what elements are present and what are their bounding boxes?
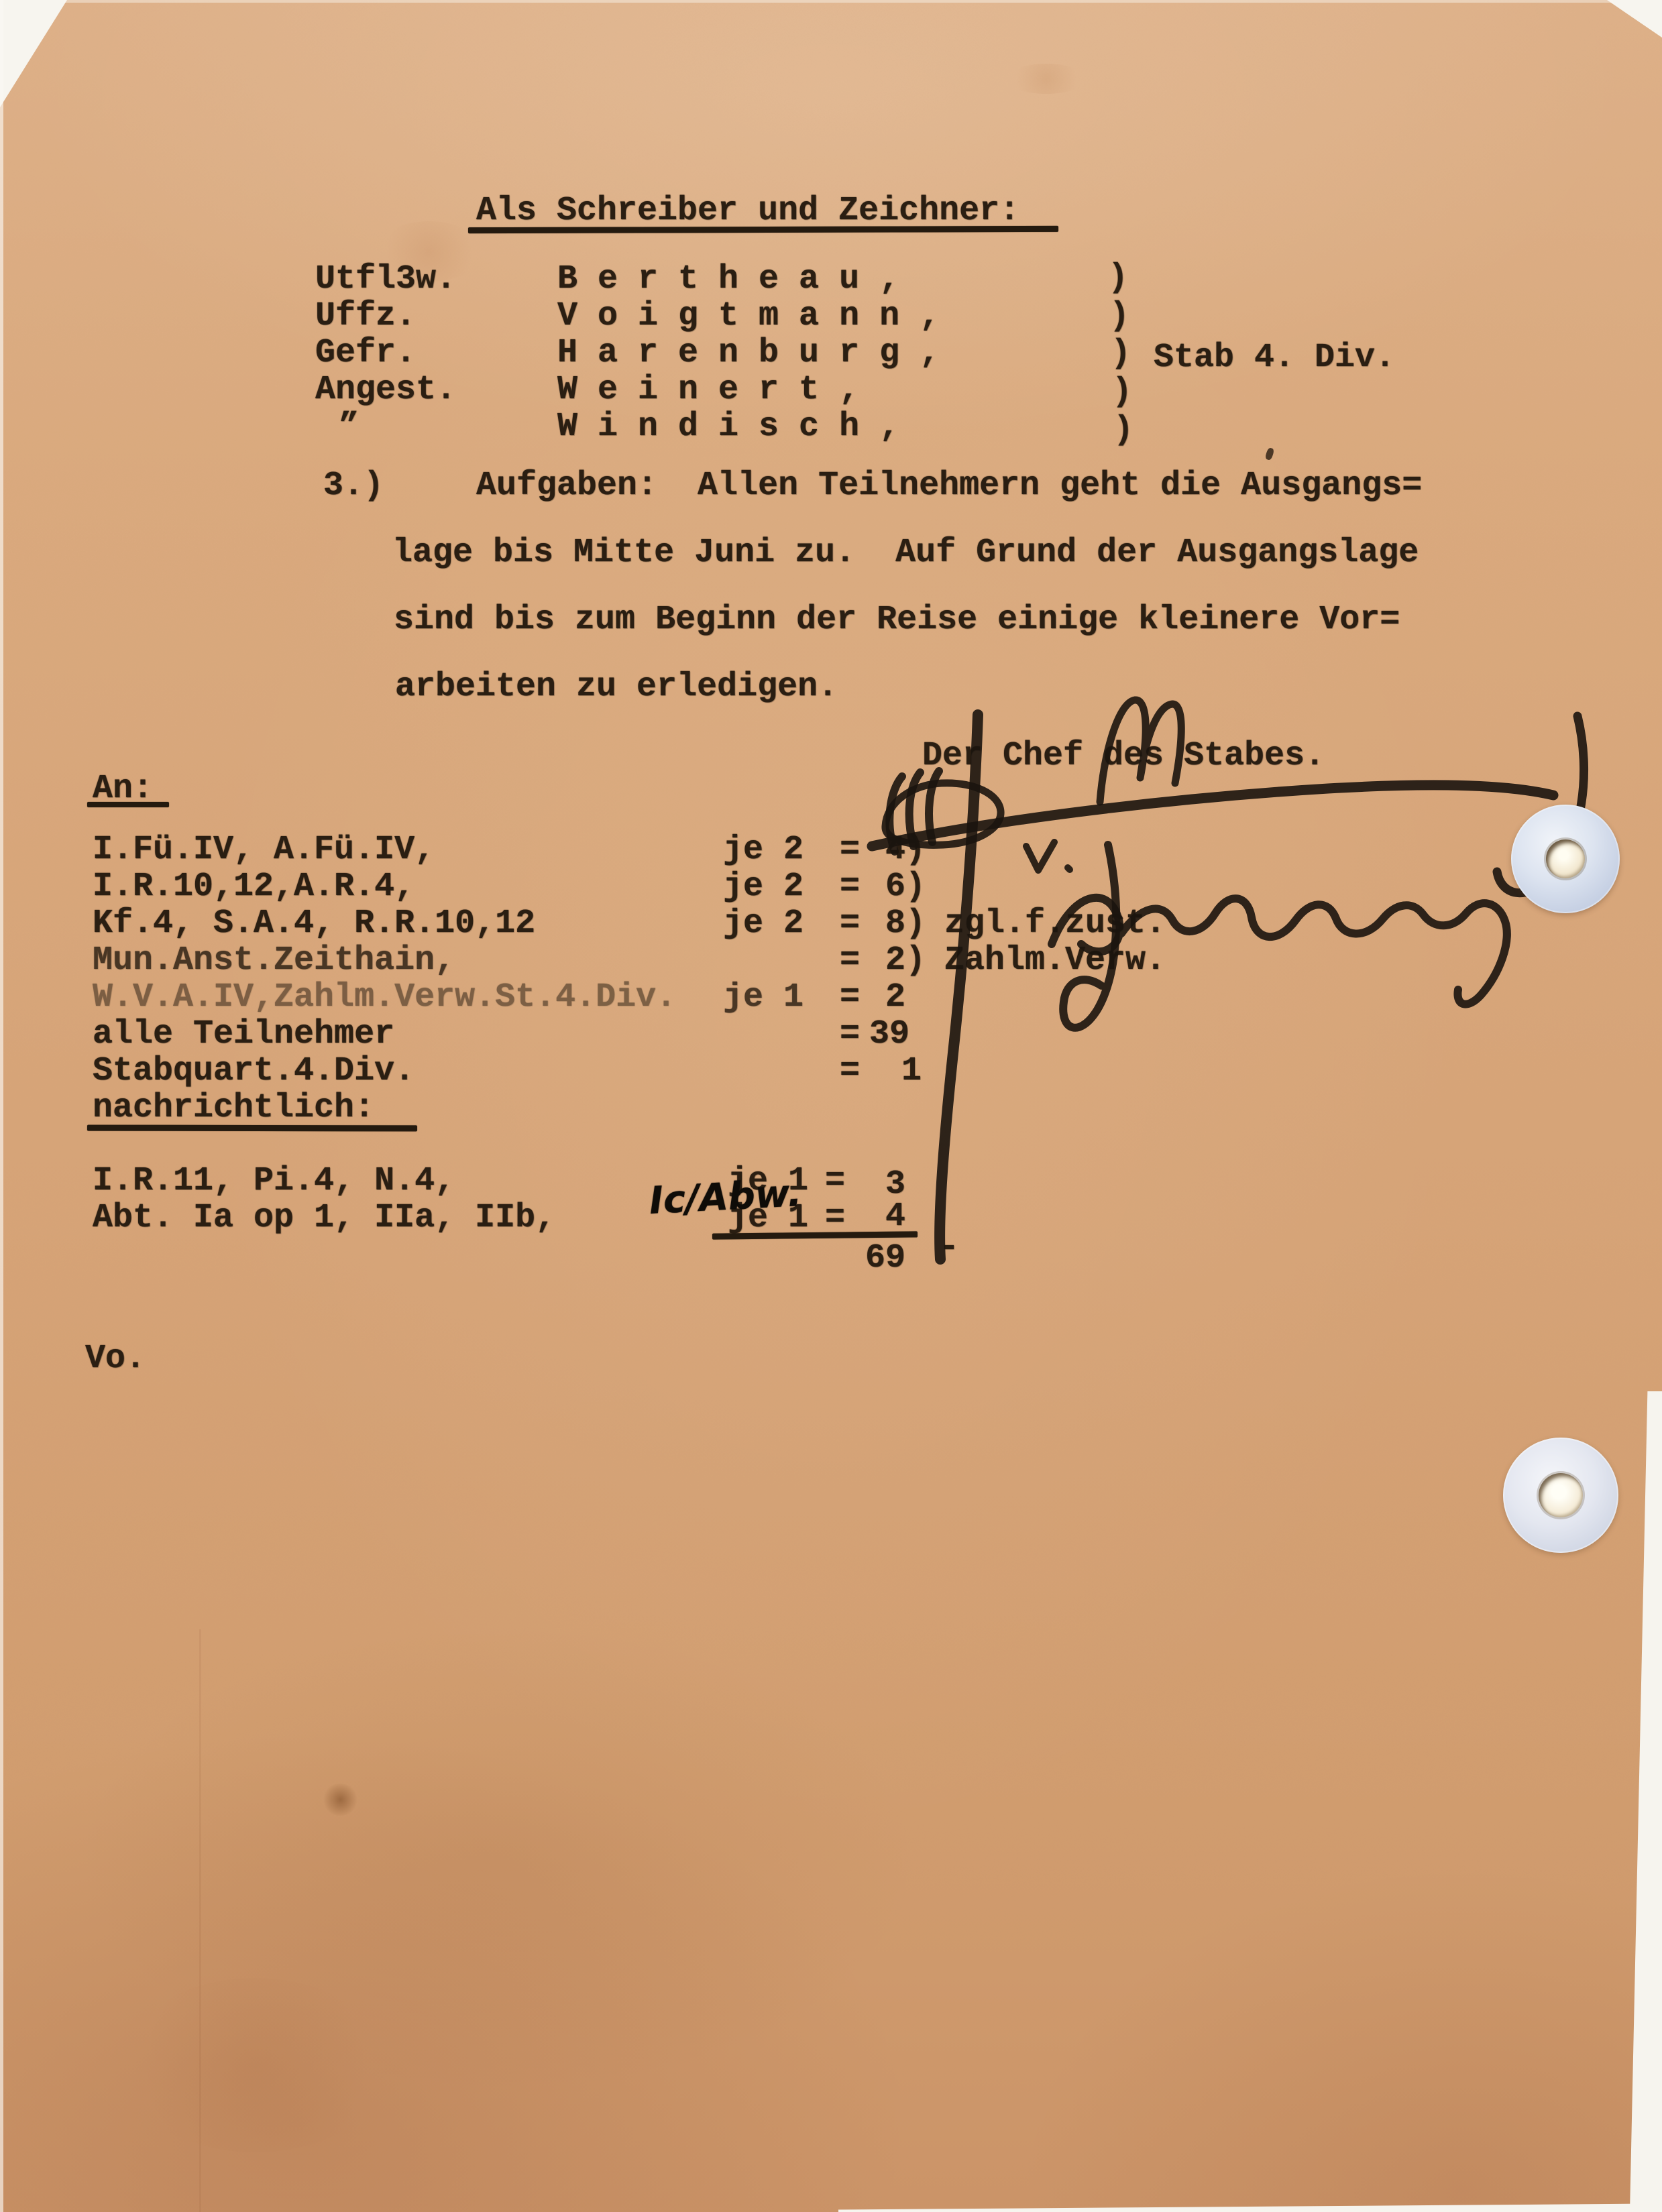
personnel-bracket: ) (1111, 337, 1131, 371)
personnel-name: W e i n e r t , (557, 373, 859, 407)
dist-each: je 2 (723, 833, 804, 867)
paper-stain (1006, 64, 1087, 94)
clerk-initials: Vo. (85, 1342, 146, 1376)
personnel-bracket: ) (1109, 300, 1129, 333)
info-equals: = (825, 1202, 845, 1235)
scan-edge (64, 0, 1613, 3)
paragraph-line: sind bis zum Beginn der Reise einige kle… (394, 603, 1400, 637)
dist-addressee: alle Teilnehmer (93, 1018, 394, 1051)
dist-equals: = (840, 907, 860, 941)
personnel-rank: Gefr. (315, 337, 416, 370)
personnel-rank: Angest. (315, 373, 456, 407)
personnel-bracket: ) (1112, 375, 1132, 409)
dist-addressee: Mun.Anst.Zeithain, (93, 944, 455, 978)
distribution-heading-underline (87, 802, 169, 807)
info-addressee: I.R.11, Pi.4, N.4, (93, 1165, 455, 1198)
personnel-name: B e r t h e a u , (557, 263, 899, 296)
scan-edge (838, 2203, 1662, 2212)
scanned-document-page: Als Schreiber und Zeichner: Utfl3w. B e … (0, 0, 1662, 2212)
stab-div-note: Stab 4. Div. (1154, 341, 1395, 375)
scan-edge (0, 0, 3, 2212)
dist-addressee: Kf.4, S.A.4, R.R.10,12 (93, 907, 535, 941)
personnel-name: H a r e n b u r g , (557, 337, 940, 370)
info-heading-underline (87, 1125, 417, 1132)
dist-equals: = (840, 1055, 860, 1088)
info-heading: nachrichtlich: (93, 1092, 374, 1125)
handwritten-signature (858, 684, 1662, 1287)
dist-equals: = (840, 833, 860, 867)
scan-edge (0, 0, 67, 107)
info-addressee: Abt. Ia op 1, IIa, IIb, (93, 1202, 555, 1235)
title-underline (468, 226, 1058, 233)
section-number: 3.) (323, 469, 384, 503)
personnel-rank: Uffz. (315, 300, 416, 333)
personnel-rank-ditto: ” (339, 410, 359, 444)
info-equals: = (825, 1165, 845, 1198)
hole-punch-hole (1546, 839, 1585, 878)
paragraph-line: arbeiten zu erledigen. (395, 671, 838, 704)
dist-equals: = (840, 870, 860, 904)
dist-equals: = (840, 981, 860, 1014)
dist-each: je 2 (723, 907, 804, 941)
dist-equals: = (840, 944, 860, 978)
scan-edge (1630, 1391, 1662, 2212)
hole-punch-hole (1539, 1473, 1583, 1517)
paragraph-line: Aufgaben: Allen Teilnehmern geht die Aus… (476, 469, 1422, 503)
handwritten-insertion: Ic/Abw. (649, 1175, 803, 1220)
dist-each: je 2 (723, 870, 804, 904)
personnel-name: W i n d i s c h , (557, 410, 899, 444)
distribution-heading: An: (93, 772, 153, 806)
personnel-rank: Utfl3w. (315, 263, 456, 296)
personnel-name: V o i g t m a n n , (557, 300, 940, 333)
dist-equals: = (840, 1018, 860, 1051)
ink-speck (1264, 447, 1274, 461)
dist-addressee: I.R.10,12,A.R.4, (93, 870, 414, 904)
scan-edge (1607, 0, 1662, 38)
document-title: Als Schreiber und Zeichner: (476, 194, 1019, 228)
paper-stain (322, 1784, 359, 1816)
dist-addressee: Stabquart.4.Div. (93, 1055, 414, 1088)
dist-each: je 1 (723, 981, 804, 1014)
paragraph-line: lage bis Mitte Juni zu. Auf Grund der Au… (392, 536, 1419, 570)
paper-crease (199, 1629, 201, 2212)
personnel-bracket: ) (1113, 414, 1133, 447)
paper-stain (121, 1978, 389, 2152)
dist-addressee: W.V.A.IV,Zahlm.Verw.St.4.Div. (93, 981, 676, 1014)
dist-addressee: I.Fü.IV, A.Fü.IV, (93, 833, 435, 867)
personnel-bracket: ) (1108, 261, 1128, 295)
